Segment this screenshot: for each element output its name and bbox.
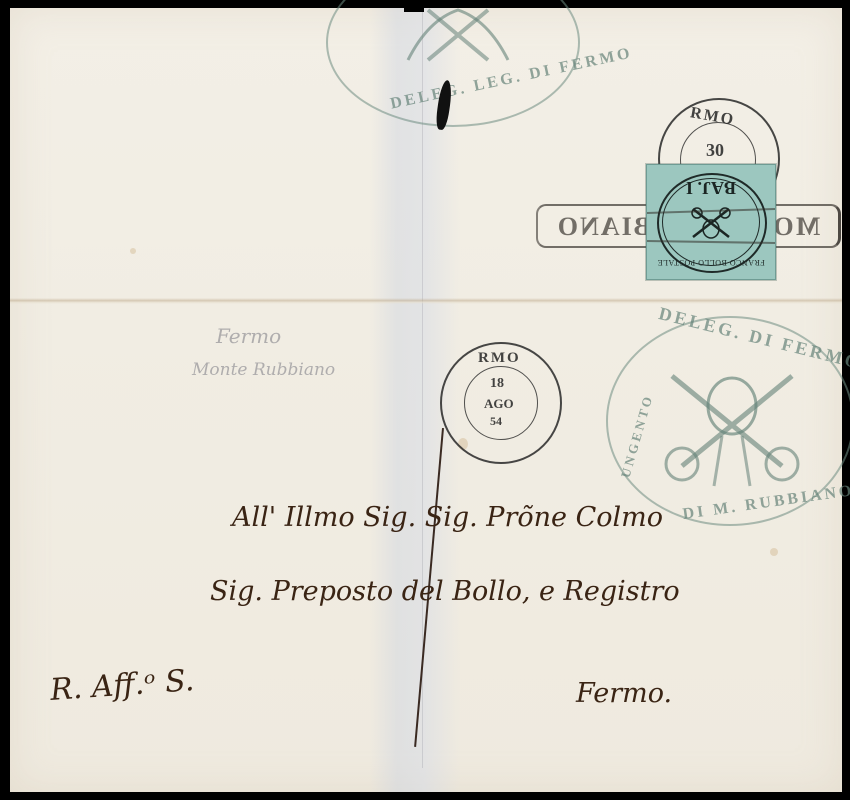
address-line-3: Fermo. <box>576 678 672 709</box>
seal-top-green-cachet: DELEG. LEG. DI FERMO <box>326 0 580 127</box>
postal-cover: DELEG. LEG. DI FERMO RMO 30 MONTERUBBIAN… <box>10 8 842 792</box>
lower-datestamp-town: RMO <box>478 350 521 367</box>
lower-datestamp-year: 54 <box>490 414 502 429</box>
top-edge-notch <box>404 0 424 12</box>
tiara-keys-icon <box>652 356 812 496</box>
lower-datestamp-day: 18 <box>490 376 504 392</box>
seal-right-left-text: UNGENTO <box>618 392 657 480</box>
foxing-spot <box>130 248 136 254</box>
upper-datestamp-day: 30 <box>706 140 724 161</box>
upper-datestamp-town: RMO <box>689 104 737 130</box>
papal-states-stamp: BAJ. I FRANCO BOLLO POSTALE <box>646 164 776 280</box>
foxing-spot <box>770 548 778 556</box>
pencil-note-monte-rubbiano: Monte Rubbiano <box>192 360 335 380</box>
docket-signature: R. Aff.ᵒ S. <box>49 663 195 708</box>
cancel-overlay-lines <box>647 165 775 279</box>
pencil-note-fermo: Fermo <box>216 324 281 348</box>
seal-right-green-cachet: DELEG. DI FERMO UNGENTO DI M. RUBBIANO <box>606 316 850 526</box>
address-line-2: Sig. Preposto del Bollo, e Registro <box>210 576 680 607</box>
address-line-1: All' Illmo Sig. Sig. Prõne Colmo <box>232 502 663 533</box>
horizontal-fold <box>10 298 842 304</box>
lower-datestamp-month: AGO <box>484 396 514 412</box>
lower-datestamp: RMO 18 AGO 54 <box>440 342 562 464</box>
